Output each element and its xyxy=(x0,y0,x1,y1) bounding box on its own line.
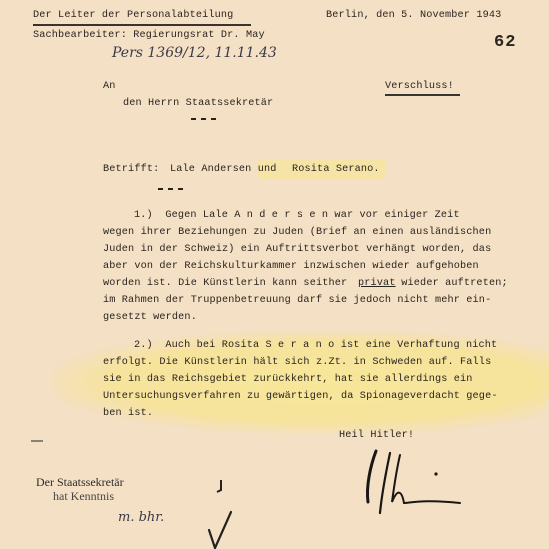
paragraph-1-line: im Rahmen der Truppenbetreuung darf sie … xyxy=(103,296,491,306)
classification-underline xyxy=(385,94,460,96)
paragraph-1-line: gesetzt werden. xyxy=(103,313,197,323)
stamp-line-1: Der Staatssekretär xyxy=(36,475,124,490)
recipient: den Herrn Staatssekretär xyxy=(123,99,273,109)
underlined-word-privat: privat xyxy=(358,279,396,289)
pen-mark-icon xyxy=(30,438,44,444)
page-number: 62 xyxy=(494,33,516,52)
paragraph-1-line: Juden in der Schweiz) ein Auftrittsverbo… xyxy=(103,245,491,255)
paragraph-1-line-tail: wieder auftreten; xyxy=(395,279,508,289)
paragraph-2-line: 2.) Auch bei Rosita S e r a n o ist eine… xyxy=(134,341,497,351)
paragraph-2-line: sie in das Reichsgebiet zurückkehrt, hat… xyxy=(103,375,473,385)
subject-label: Betrifft: xyxy=(103,165,159,175)
paragraph-1-line: 1.) Gegen Lale A n d e r s e n war vor e… xyxy=(134,211,460,221)
paragraph-1-line: aber von der Reichskulturkammer inzwisch… xyxy=(103,262,479,272)
paragraph-2-line: erfolgt. Die Künstlerin hält sich z.Zt. … xyxy=(103,358,491,368)
check-mark-icon xyxy=(204,510,234,549)
sender-underline xyxy=(33,24,251,26)
sender-line: Der Leiter der Personalabteilung xyxy=(33,11,233,21)
paragraph-1-line: wegen ihrer Beziehungen zu Juden (Brief … xyxy=(103,228,491,238)
to-label: An xyxy=(103,82,116,92)
signature-icon xyxy=(364,447,474,517)
stamp-initials: m. bhr. xyxy=(118,510,164,525)
paragraph-2-line: Untersuchungsverfahren zu gewärtigen, da… xyxy=(103,392,498,402)
closing: Heil Hitler! xyxy=(339,431,414,441)
tick-mark-icon xyxy=(215,478,225,498)
classification: Verschluss! xyxy=(385,82,454,92)
place-date: Berlin, den 5. November 1943 xyxy=(326,11,501,21)
paragraph-2-line: ben ist. xyxy=(103,409,153,419)
stamp-line-2: hat Kenntnis xyxy=(53,489,114,504)
document-page: Der Leiter der Personalabteilung Sachbea… xyxy=(0,0,549,549)
clerk-line: Sachbearbeiter: Regierungsrat Dr. May xyxy=(33,31,265,41)
paragraph-1-line: worden ist. Die Künstlerin kann seither xyxy=(103,279,354,289)
subject-text: Lale Andersen und xyxy=(170,165,276,175)
handwritten-reference: Pers 1369/12, 11.11.43 xyxy=(112,45,277,61)
subject-highlighted-text: Rosita Serano. xyxy=(292,165,380,175)
